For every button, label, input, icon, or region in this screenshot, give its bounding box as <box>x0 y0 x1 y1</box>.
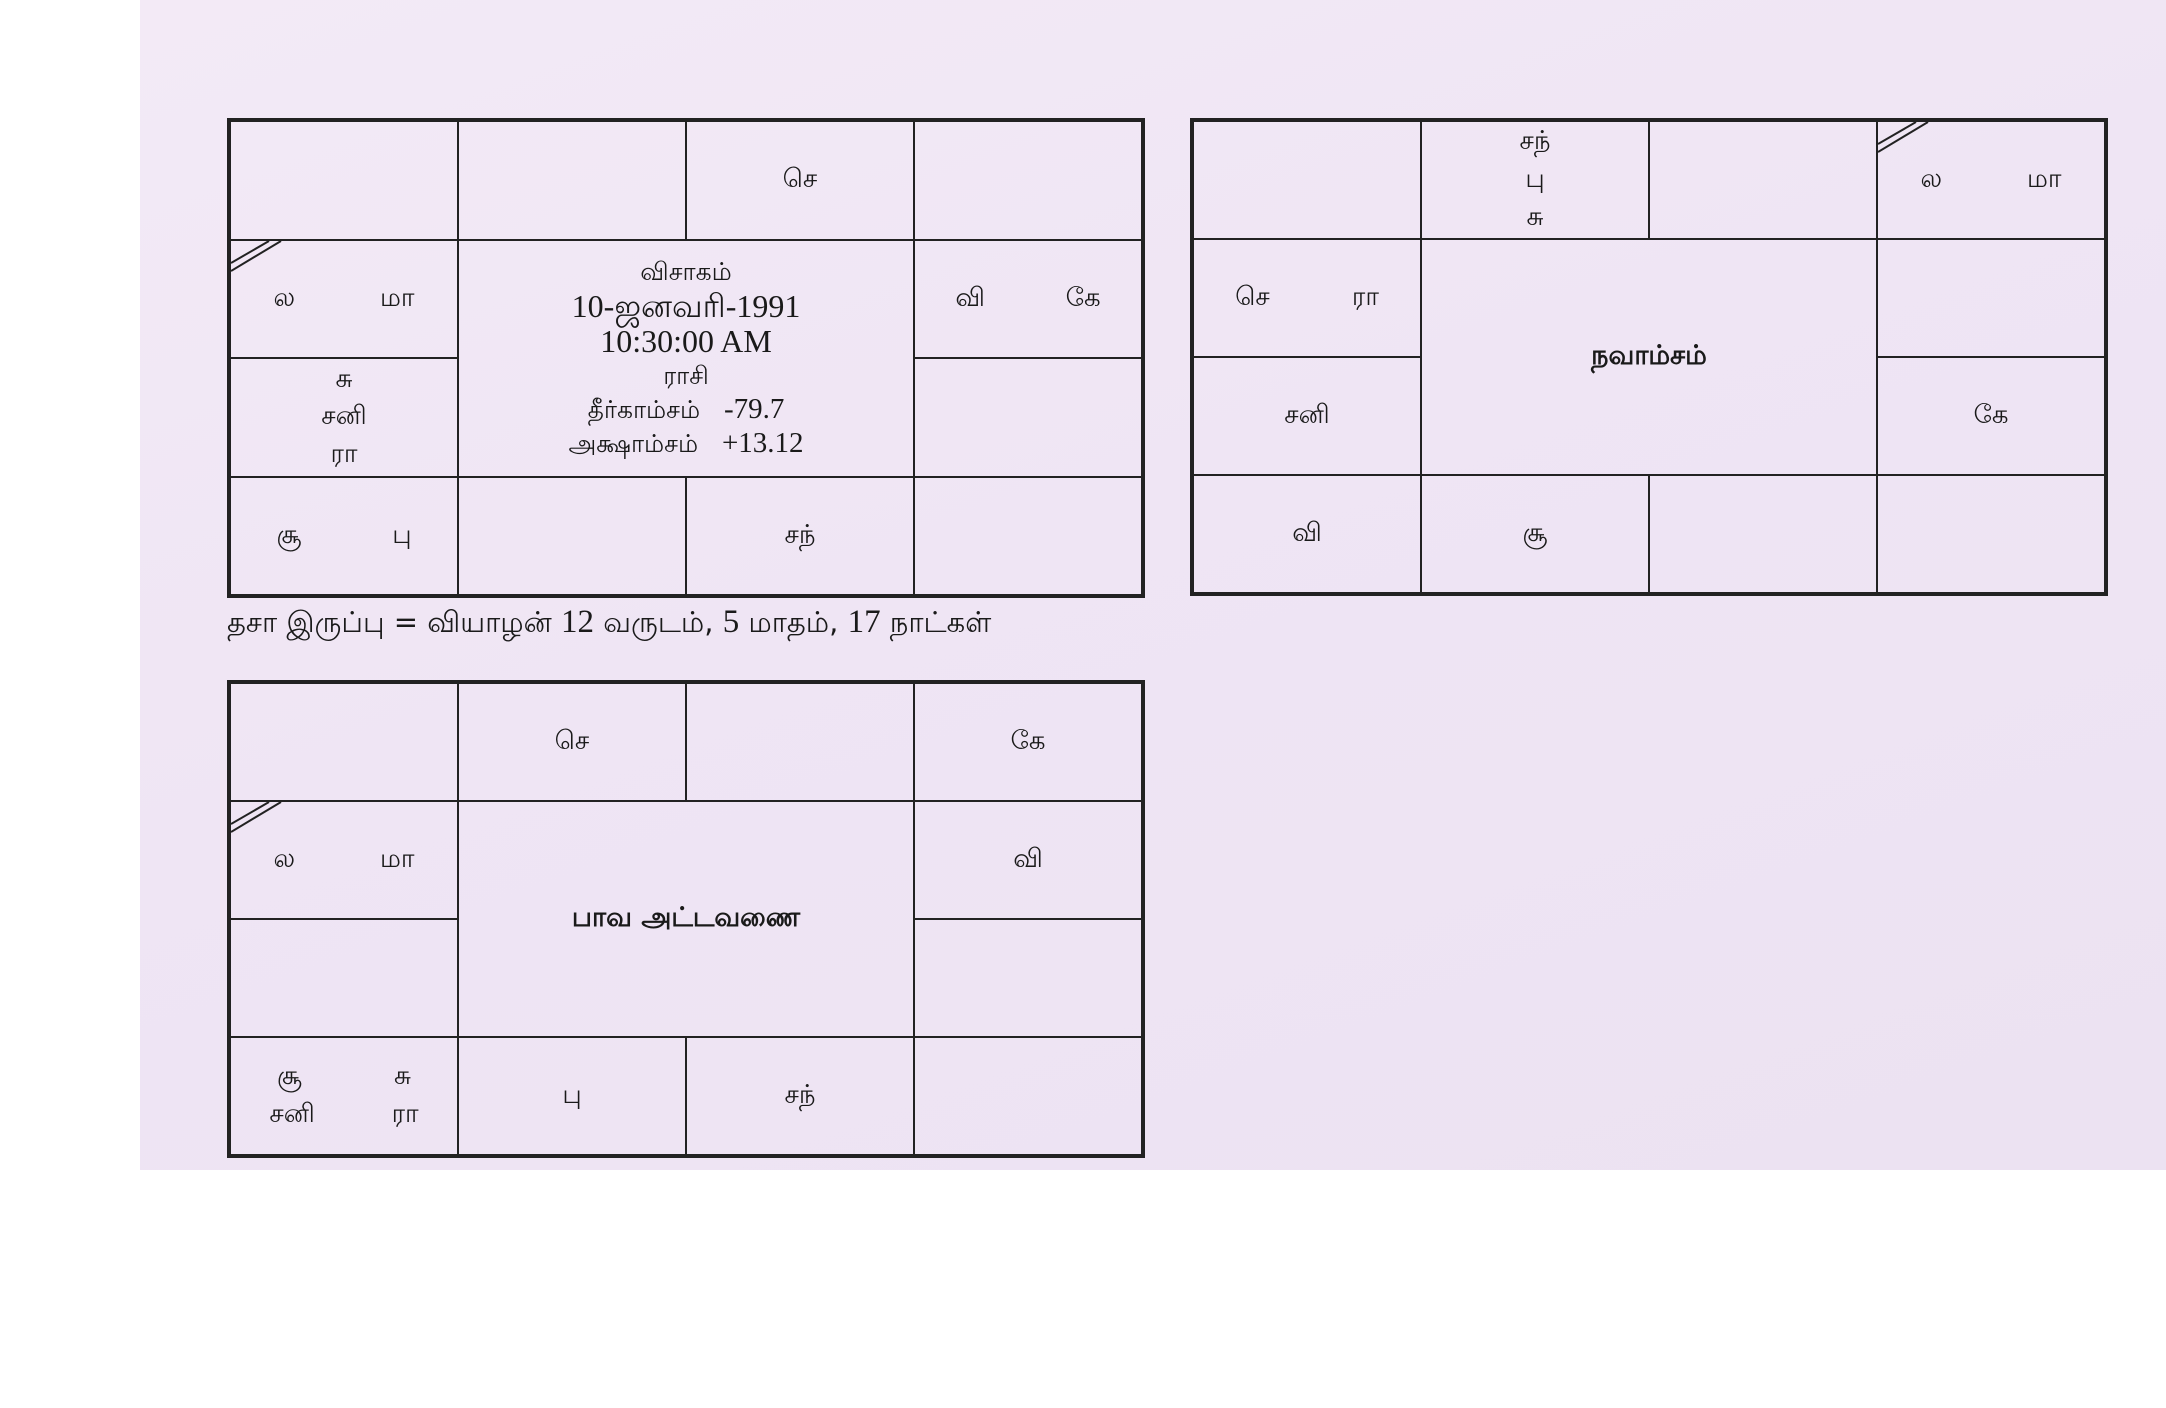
planet-label: சு <box>394 1058 411 1096</box>
planet-label: சந் <box>784 1077 815 1115</box>
house-cell <box>914 358 1142 477</box>
planet-label: சூ <box>277 1058 302 1096</box>
lagna-marker-icon <box>231 802 291 836</box>
house-cell: செ <box>458 683 686 801</box>
house-cell: சுசனிரா <box>230 358 458 477</box>
house-cell <box>914 121 1142 240</box>
planet-label: கே <box>1066 280 1101 318</box>
planet-label: சூ <box>1523 515 1548 553</box>
planet-label: வி <box>955 280 985 318</box>
planet-row: சனிரா <box>231 1096 457 1134</box>
planet-row: சூபு <box>231 517 457 555</box>
navamsa-chart: சந்புசு லமா செரா நவாம்சம் சனி கே வி சூ <box>1190 118 2108 596</box>
house-cell <box>914 1037 1142 1155</box>
house-cell <box>1649 121 1877 239</box>
longitude-value: -79.7 <box>724 393 784 425</box>
planet-label: மா <box>380 280 415 318</box>
dasha-days-unit: நாட்கள் <box>890 605 992 639</box>
planet-label: சு <box>1527 199 1544 237</box>
house-cell: சந் <box>686 1037 914 1155</box>
house-cell: பு <box>458 1037 686 1155</box>
planet-label: ரா <box>1352 279 1379 317</box>
house-cell <box>1649 475 1877 593</box>
chart-center-info: நவாம்சம் <box>1421 239 1877 475</box>
longitude-label: தீர்காம்சம் <box>588 395 700 424</box>
planet-label: ரா <box>392 1096 419 1134</box>
house-cell: சந் <box>686 477 914 596</box>
bhava-chart: செ கே லமா பாவ அட்டவணை வி சூசுசனிரா பு சந… <box>227 680 1145 1158</box>
chart-center-info: விசாகம் 10-ஜனவரி-1991 10:30:00 AM ராசி த… <box>458 240 914 477</box>
house-cell: கே <box>914 683 1142 801</box>
dasha-balance: தசா இருப்பு = வியாழன் 12 வருடம், 5 மாதம்… <box>227 604 991 643</box>
house-cell <box>1877 475 2105 593</box>
house-cell: லமா <box>230 801 458 919</box>
planet-label: செ <box>555 723 590 761</box>
latitude-value: +13.12 <box>722 427 804 459</box>
planet-label: சந் <box>784 517 815 555</box>
latitude-label: அக்ஷாம்சம் <box>568 429 698 458</box>
house-cell <box>914 477 1142 596</box>
dasha-planet: வியாழன் <box>427 605 551 639</box>
house-cell <box>230 683 458 801</box>
rasi-chart: செ லமா விசாகம் 10-ஜனவரி-1991 10:30:00 AM… <box>227 118 1145 598</box>
planet-label: பு <box>392 517 411 555</box>
planet-label: ல <box>1920 161 1942 199</box>
planet-label: மா <box>380 841 415 879</box>
planet-row: செரா <box>1194 279 1420 317</box>
birth-time: 10:30:00 AM <box>600 324 772 359</box>
house-cell: விகே <box>914 240 1142 359</box>
planet-label: சனி <box>1284 397 1330 435</box>
lagna-marker-icon <box>1878 122 1938 156</box>
house-cell <box>686 683 914 801</box>
planet-label: பு <box>562 1077 581 1115</box>
house-cell: வி <box>1193 475 1421 593</box>
house-cell: கே <box>1877 357 2105 475</box>
planet-row: விகே <box>915 280 1141 318</box>
planet-label: மா <box>2027 161 2062 199</box>
house-cell <box>1877 239 2105 357</box>
dasha-months-unit: மாதம், <box>748 605 838 639</box>
house-cell <box>230 121 458 240</box>
planet-label: செ <box>1235 279 1270 317</box>
dasha-months: 5 <box>723 604 740 640</box>
planet-label: சூ <box>276 517 301 555</box>
dasha-years-unit: வருடம், <box>603 605 713 639</box>
longitude: தீர்காம்சம் -79.7 <box>588 393 785 427</box>
planet-label: சந் <box>1519 123 1550 161</box>
house-cell: செ <box>686 121 914 240</box>
planet-label: ல <box>273 841 295 879</box>
house-cell: வி <box>914 801 1142 919</box>
dasha-years: 12 <box>561 604 594 640</box>
planet-label: வி <box>1292 515 1322 553</box>
house-cell <box>458 121 686 240</box>
planet-row: சூசு <box>231 1058 457 1096</box>
lagna-marker-icon <box>231 241 291 275</box>
house-cell: சூசுசனிரா <box>230 1037 458 1155</box>
house-cell <box>458 477 686 596</box>
planet-label: செ <box>783 161 818 199</box>
house-cell: லமா <box>230 240 458 359</box>
planet-label: சு <box>336 361 353 399</box>
planet-label: சனி <box>321 398 367 436</box>
house-cell <box>230 919 458 1037</box>
planet-label: ரா <box>330 436 357 474</box>
planet-row: லமா <box>231 841 457 879</box>
house-cell: சூ <box>1421 475 1649 593</box>
chart-center-info: பாவ அட்டவணை <box>458 801 914 1037</box>
planet-label: பு <box>1525 161 1544 199</box>
planet-label: கே <box>1973 397 2008 435</box>
chart-name: ராசி <box>663 359 709 393</box>
dasha-label: தசா இருப்பு = <box>227 605 418 639</box>
house-cell: சந்புசு <box>1421 121 1649 239</box>
birth-date: 10-ஜனவரி-1991 <box>572 289 801 324</box>
house-cell: சனி <box>1193 357 1421 475</box>
house-cell: லமா <box>1877 121 2105 239</box>
planet-label: ல <box>273 280 295 318</box>
house-cell: செரா <box>1193 239 1421 357</box>
planet-label: வி <box>1013 841 1043 879</box>
chart-name: நவாம்சம் <box>1591 340 1707 375</box>
planet-label: கே <box>1010 723 1045 761</box>
dasha-days: 17 <box>848 604 881 640</box>
nakshatra: விசாகம் <box>640 255 731 289</box>
planet-row: லமா <box>1878 161 2104 199</box>
house-cell <box>914 919 1142 1037</box>
planet-label: சனி <box>269 1096 315 1134</box>
house-cell <box>1193 121 1421 239</box>
latitude: அக்ஷாம்சம் +13.12 <box>568 427 803 461</box>
house-cell: சூபு <box>230 477 458 596</box>
planet-row: லமா <box>231 280 457 318</box>
chart-name: பாவ அட்டவணை <box>572 902 800 937</box>
